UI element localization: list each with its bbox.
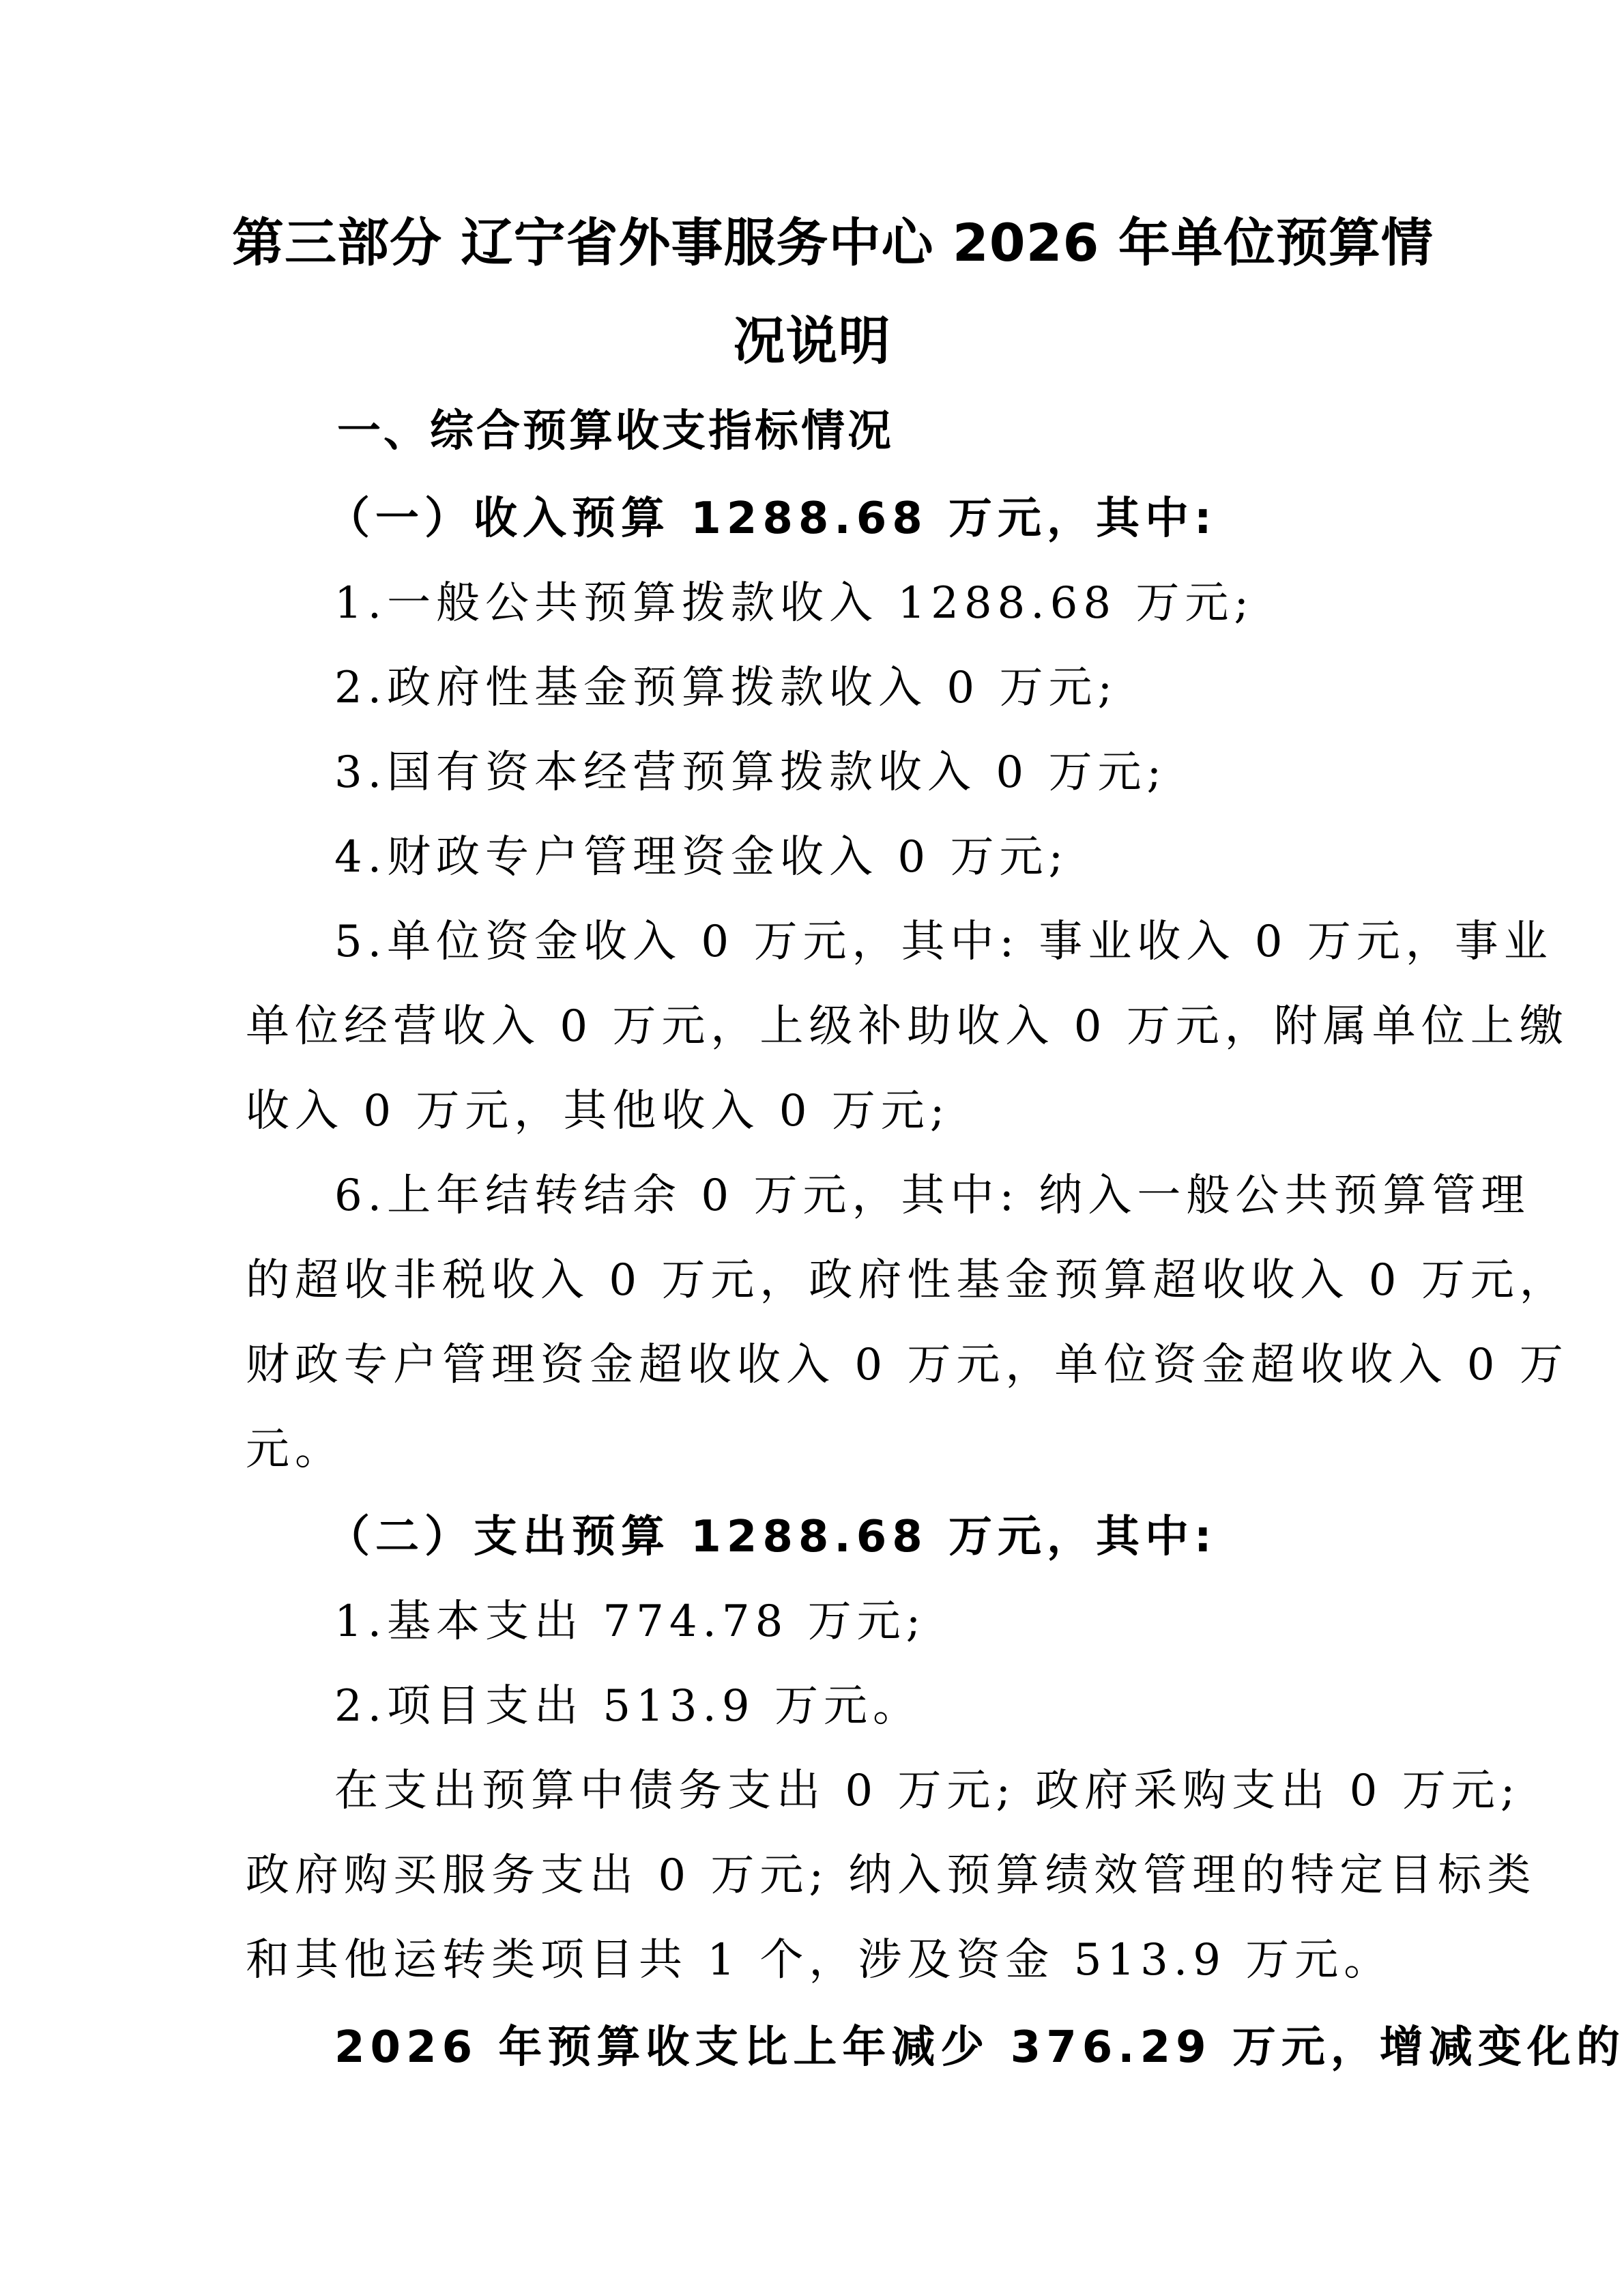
expenditure-note-line-3: 和其他运转类项目共 1 个，涉及资金 513.9 万元。	[246, 1938, 1393, 1982]
budget-change-line: 2026 年预算收支比上年减少 376.29 万元，增减变化的	[334, 2026, 1393, 2069]
income-item-6-line-3: 财政专户管理资金超收收入 0 万元，单位资金超收收入 0 万	[246, 1343, 1392, 1387]
expenditure-note-line-2: 政府购买服务支出 0 万元; 纳入预算绩效管理的特定目标类	[246, 1854, 1392, 1897]
income-item-1: 1.一般公共预算拨款收入 1288.68 万元;	[334, 582, 1254, 625]
income-item-3: 3.国有资本经营预算拨款收入 0 万元;	[334, 751, 1167, 794]
document-page: 第三部分 辽宁省外事服务中心 2026 年单位预算情 况说明 一、综合预算收支指…	[0, 0, 1624, 2296]
income-item-6-line-4: 元。	[246, 1428, 344, 1472]
income-item-4: 4.财政专户管理资金收入 0 万元;	[334, 835, 1069, 879]
income-item-6-line-2: 的超收非税收入 0 万元，政府性基金预算超收收入 0 万元，	[246, 1259, 1392, 1302]
income-budget-heading: （一）收入预算 1288.68 万元，其中:	[326, 497, 1217, 541]
income-item-5-line-1: 5.单位资金收入 0 万元，其中: 事业收入 0 万元，事业	[334, 920, 1393, 964]
income-item-5-line-2: 单位经营收入 0 万元，上级补助收入 0 万元，附属单位上缴	[246, 1005, 1392, 1048]
expenditure-note-line-1: 在支出预算中债务支出 0 万元; 政府采购支出 0 万元;	[334, 1769, 1393, 1813]
expenditure-budget-heading: （二）支出预算 1288.68 万元，其中:	[326, 1515, 1217, 1559]
section-heading-budget-overview: 一、综合预算收支指标情况	[337, 410, 894, 453]
income-item-2: 2.政府性基金预算拨款收入 0 万元;	[334, 666, 1118, 710]
document-title-line-1: 第三部分 辽宁省外事服务中心 2026 年单位预算情	[232, 217, 1392, 269]
expenditure-item-1: 1.基本支出 774.78 万元;	[334, 1600, 926, 1644]
income-item-5-line-3: 收入 0 万元，其他收入 0 万元;	[246, 1089, 950, 1133]
income-item-6-line-1: 6.上年结转结余 0 万元，其中: 纳入一般公共预算管理	[334, 1174, 1393, 1218]
expenditure-item-2: 2.项目支出 513.9 万元。	[334, 1684, 922, 1728]
document-title-line-2: 况说明	[232, 315, 1392, 367]
